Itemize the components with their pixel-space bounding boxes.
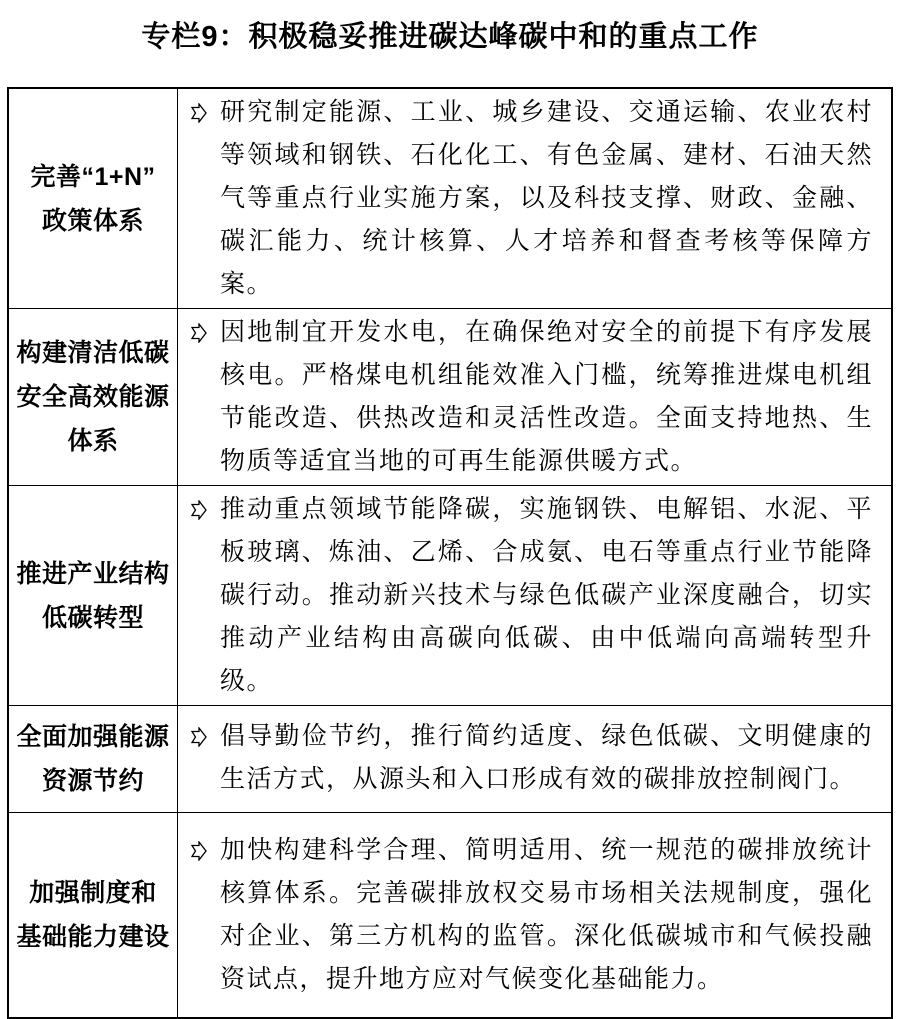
row-content-cell: 研究制定能源、工业、城乡建设、交通运输、农业农村等领域和钢铁、石化化工、有色金属… [178,89,891,308]
row-description-text: 推动重点领域节能降碳，实施钢铁、电解铝、水泥、平板玻璃、炼油、乙烯、合成氨、电石… [220,488,873,703]
table-row: 完善“1+N” 政策体系 研究制定能源、工业、城乡建设、交通运输、农业农村等领域… [9,89,891,308]
row-description-text: 倡导勤俭节约，推行简约适度、绿色低碳、文明健康的生活方式，从源头和入口形成有效的… [220,715,873,801]
row-category-label: 加强制度和 基础能力建设 [9,813,178,1017]
row-content-cell: 推动重点领域节能降碳，实施钢铁、电解铝、水泥、平板玻璃、炼油、乙烯、合成氨、电石… [178,486,891,705]
row-content-cell: 倡导勤俭节约，推行简约适度、绿色低碳、文明健康的生活方式，从源头和入口形成有效的… [178,706,891,812]
row-category-label: 完善“1+N” 政策体系 [9,89,178,308]
page-title: 专栏9：积极稳妥推进碳达峰碳中和的重点工作 [7,14,893,55]
arrow-bullet-icon [191,103,207,123]
table-row: 全面加强能源 资源节约 倡导勤俭节约，推行简约适度、绿色低碳、文明健康的生活方式… [9,705,891,812]
arrow-bullet-icon [191,841,207,861]
row-description-text: 研究制定能源、工业、城乡建设、交通运输、农业农村等领域和钢铁、石化化工、有色金属… [220,91,873,306]
table-row: 构建清洁低碳 安全高效能源 体系 因地制宜开发水电，在确保绝对安全的前提下有序发… [9,308,891,485]
row-category-label: 全面加强能源 资源节约 [9,706,178,812]
row-category-label: 推进产业结构 低碳转型 [9,486,178,705]
table-row: 加强制度和 基础能力建设 加快构建科学合理、简明适用、统一规范的碳排放统计核算体… [9,812,891,1017]
document-page: 专栏9：积极稳妥推进碳达峰碳中和的重点工作 完善“1+N” 政策体系 研究制定能… [0,0,900,936]
table-row: 推进产业结构 低碳转型 推动重点领域节能降碳，实施钢铁、电解铝、水泥、平板玻璃、… [9,485,891,705]
arrow-bullet-icon [191,323,207,343]
arrow-bullet-icon [191,727,207,747]
row-category-label: 构建清洁低碳 安全高效能源 体系 [9,309,178,485]
row-description-text: 加快构建科学合理、简明适用、统一规范的碳排放统计核算体系。完善碳排放权交易市场相… [220,829,873,1001]
row-content-cell: 因地制宜开发水电，在确保绝对安全的前提下有序发展核电。严格煤电机组能效准入门槛，… [178,309,891,485]
arrow-bullet-icon [191,500,207,520]
row-description-text: 因地制宜开发水电，在确保绝对安全的前提下有序发展核电。严格煤电机组能效准入门槛，… [220,311,873,483]
row-content-cell: 加快构建科学合理、简明适用、统一规范的碳排放统计核算体系。完善碳排放权交易市场相… [178,813,891,1017]
key-tasks-table: 完善“1+N” 政策体系 研究制定能源、工业、城乡建设、交通运输、农业农村等领域… [7,87,893,1019]
